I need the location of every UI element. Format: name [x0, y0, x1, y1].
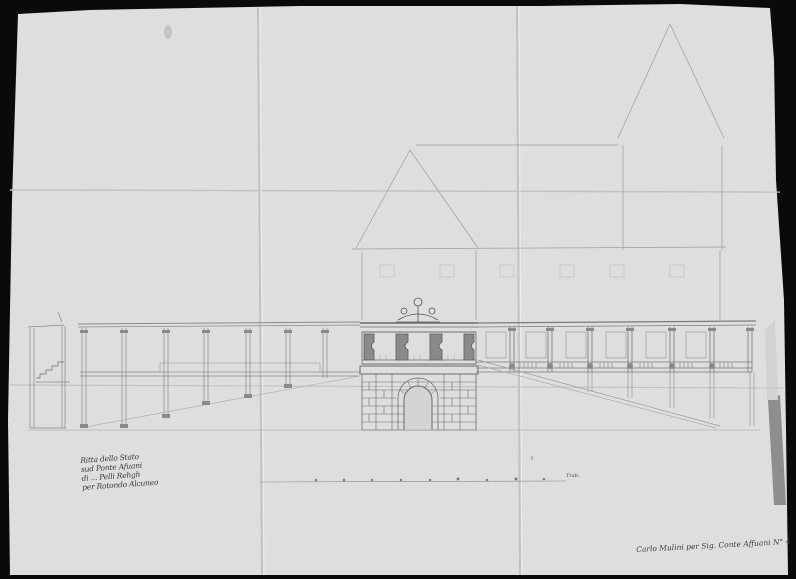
scale-bar-label: Trab. — [566, 473, 580, 479]
title-caption: Ritta dello Stato sud Ponte Afuani di ..… — [80, 450, 172, 492]
drawing-sheet — [0, 0, 796, 579]
stain — [164, 25, 172, 39]
gate-arch — [404, 386, 432, 430]
paper — [8, 4, 788, 575]
